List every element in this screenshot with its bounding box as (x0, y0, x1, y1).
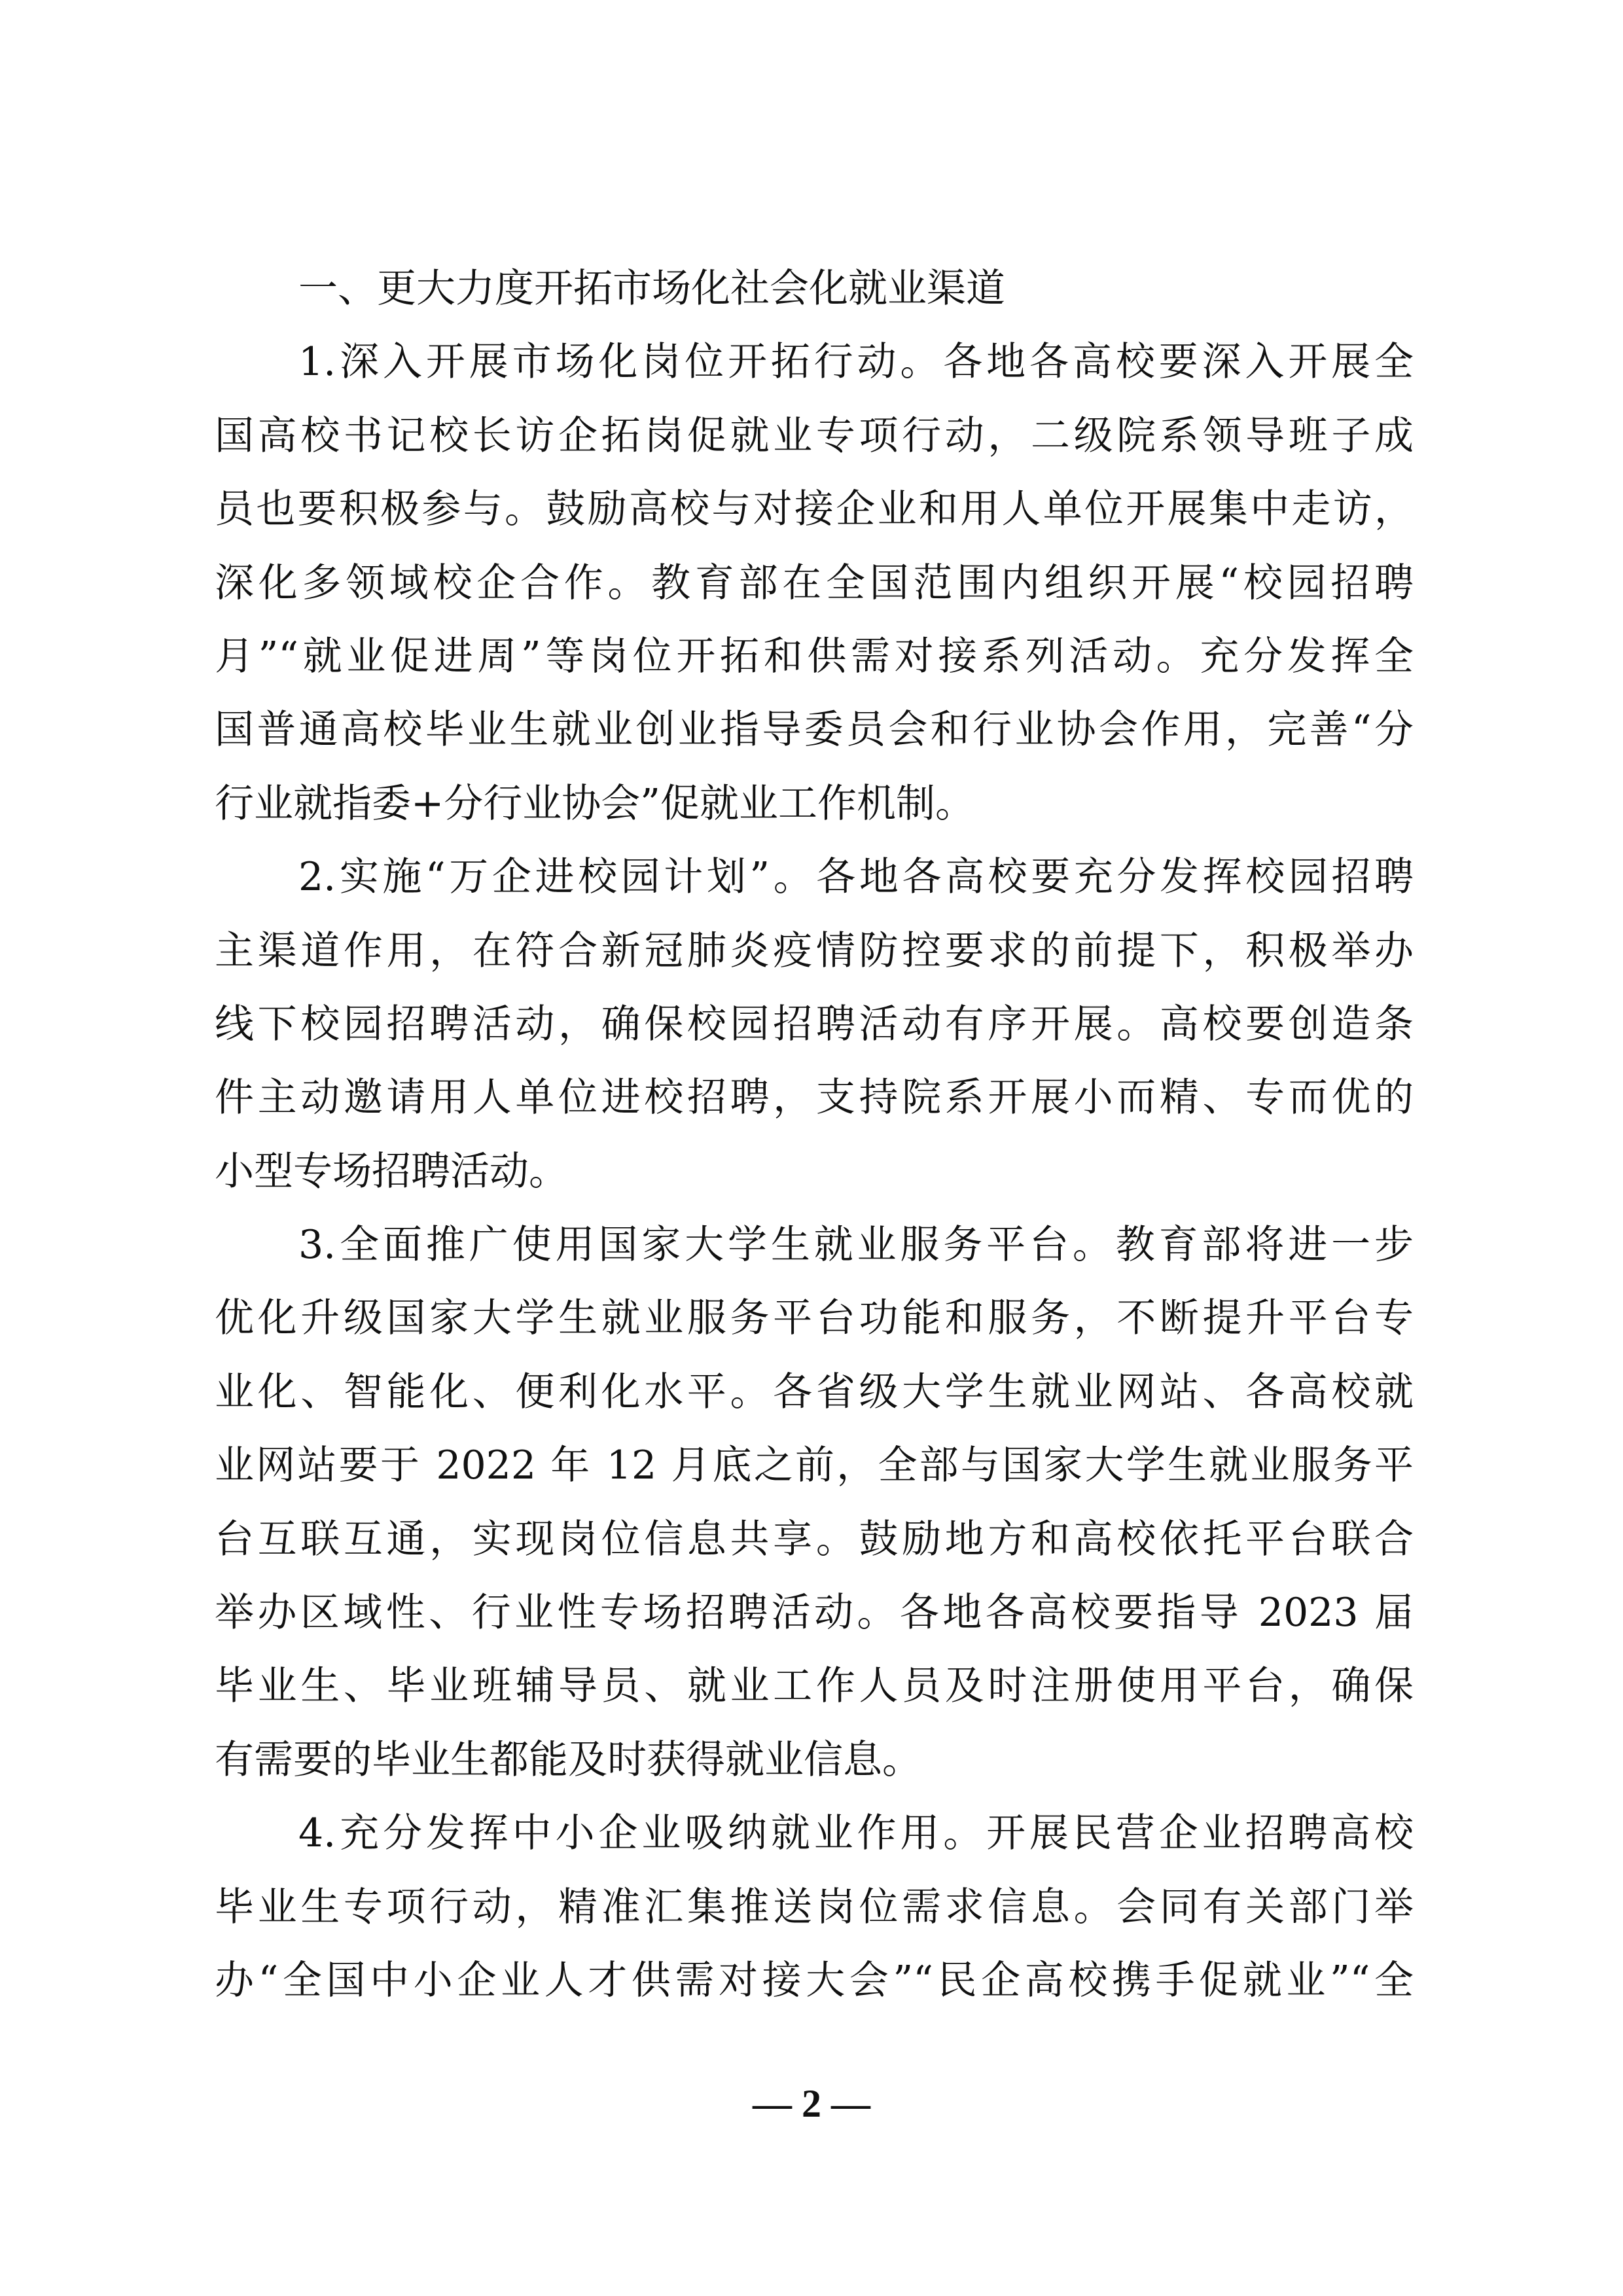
paragraph-line: 毕业生专项行动，精准汇集推送岗位需求信息。会同有关部门举 (215, 1871, 1414, 1944)
document-body: 一、更大力度开拓市场化社会化就业渠道 1.深入开展市场化岗位开拓行动。各地各高校… (215, 252, 1414, 2017)
paragraph-line: 件主动邀请用人单位进校招聘，支持院系开展小而精、专而优的 (215, 1061, 1414, 1134)
paragraph-line: 员也要积极参与。鼓励高校与对接企业和用人单位开展集中走访， (215, 473, 1414, 546)
paragraph-line: 主渠道作用，在符合新冠肺炎疫情防控要求的前提下，积极举办 (215, 914, 1414, 988)
paragraph-line: 台互联互通，实现岗位信息共享。鼓励地方和高校依托平台联合 (215, 1503, 1414, 1576)
paragraph-line: 毕业生、毕业班辅导员、就业工作人员及时注册使用平台，确保 (215, 1649, 1414, 1723)
paragraph-1: 1.深入开展市场化岗位开拓行动。各地各高校要深入开展全 国高校书记校长访企拓岗促… (215, 325, 1414, 840)
paragraph-line: 3.全面推广使用国家大学生就业服务平台。教育部将进一步 (215, 1208, 1414, 1282)
paragraph-line: 2.实施“万企进校园计划”。各地各高校要充分发挥校园招聘 (215, 840, 1414, 914)
paragraph-line: 办“全国中小企业人才供需对接大会”“民企高校携手促就业”“全 (215, 1944, 1414, 2017)
paragraph-2: 2.实施“万企进校园计划”。各地各高校要充分发挥校园招聘 主渠道作用，在符合新冠… (215, 840, 1414, 1208)
paragraph-4: 4.充分发挥中小企业吸纳就业作用。开展民营企业招聘高校 毕业生专项行动，精准汇集… (215, 1797, 1414, 2017)
paragraph-3: 3.全面推广使用国家大学生就业服务平台。教育部将进一步 优化升级国家大学生就业服… (215, 1208, 1414, 1797)
paragraph-line: 业网站要于 2022 年 12 月底之前，全部与国家大学生就业服务平 (215, 1429, 1414, 1502)
page-number: — 2 — (0, 2081, 1623, 2126)
paragraph-line: 业化、智能化、便利化水平。各省级大学生就业网站、各高校就 (215, 1355, 1414, 1429)
paragraph-line: 深化多领域校企合作。教育部在全国范围内组织开展“校园招聘 (215, 547, 1414, 620)
section-heading: 一、更大力度开拓市场化社会化就业渠道 (215, 252, 1414, 325)
paragraph-line: 小型专场招聘活动。 (215, 1135, 1414, 1208)
paragraph-line: 国普通高校毕业生就业创业指导委员会和行业协会作用，完善“分 (215, 693, 1414, 766)
paragraph-line: 行业就指委+分行业协会”促就业工作机制。 (215, 767, 1414, 840)
document-page: 一、更大力度开拓市场化社会化就业渠道 1.深入开展市场化岗位开拓行动。各地各高校… (0, 0, 1623, 2296)
paragraph-line: 有需要的毕业生都能及时获得就业信息。 (215, 1723, 1414, 1797)
paragraph-line: 4.充分发挥中小企业吸纳就业作用。开展民营企业招聘高校 (215, 1797, 1414, 1870)
paragraph-line: 举办区域性、行业性专场招聘活动。各地各高校要指导 2023 届 (215, 1576, 1414, 1649)
paragraph-line: 1.深入开展市场化岗位开拓行动。各地各高校要深入开展全 (215, 325, 1414, 399)
paragraph-line: 国高校书记校长访企拓岗促就业专项行动，二级院系领导班子成 (215, 399, 1414, 473)
paragraph-line: 月”“就业促进周”等岗位开拓和供需对接系列活动。充分发挥全 (215, 620, 1414, 693)
paragraph-line: 优化升级国家大学生就业服务平台功能和服务，不断提升平台专 (215, 1282, 1414, 1355)
paragraph-line: 线下校园招聘活动，确保校园招聘活动有序开展。高校要创造条 (215, 988, 1414, 1061)
